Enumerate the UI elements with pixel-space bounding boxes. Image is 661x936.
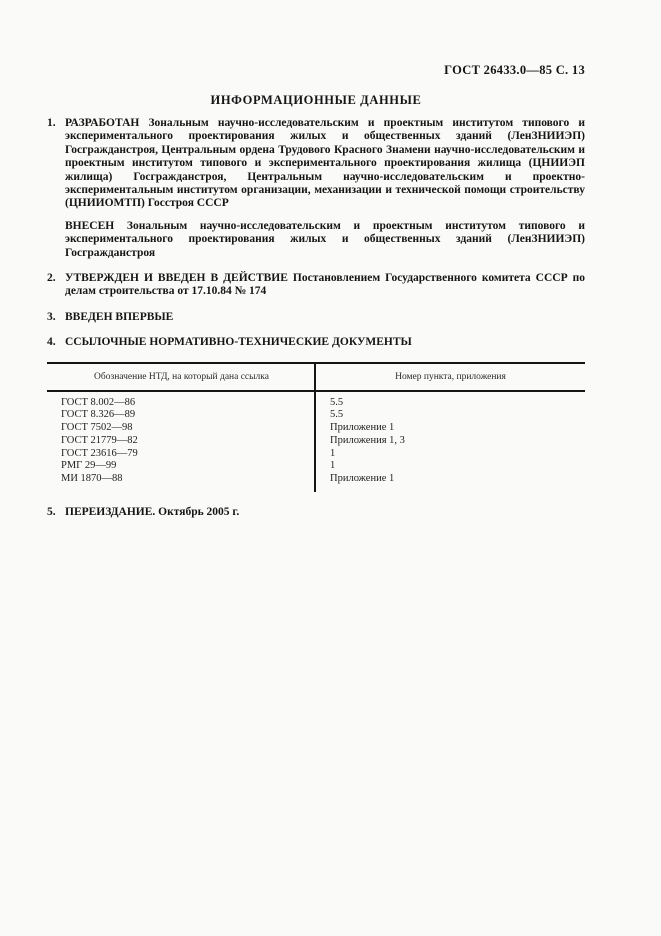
table-row-ntd: ГОСТ 23616—79 [61,448,316,461]
list-item-1: 1. РАЗРАБОТАН Зональным научно-исследова… [47,117,585,260]
list-item-1-number: 1. [47,117,65,260]
table-row-clause: 5.5 [330,409,585,422]
introduced-first-time-paragraph: ВВЕДЕН ВПЕРВЫЕ [65,311,585,324]
submitted-by-paragraph: ВНЕСЕН Зональным научно-исследовательски… [65,220,585,260]
table-row-ntd: ГОСТ 8.002—86 [61,397,316,410]
scanned-document-page: ГОСТ 26433.0—85 С. 13 ИНФОРМАЦИОННЫЕ ДАН… [0,0,661,936]
table-header-row: Обозначение НТД, на который дана ссылка … [47,364,585,392]
table-row-clause: Приложение 1 [330,422,585,435]
table-row-clause: 5.5 [330,397,585,410]
table-row-ntd: ГОСТ 21779—82 [61,435,316,448]
table-row-ntd: ГОСТ 7502—98 [61,422,316,435]
table-body: ГОСТ 8.002—86 ГОСТ 8.326—89 ГОСТ 7502—98… [47,392,585,492]
table-row-ntd: МИ 1870—88 [61,473,316,486]
table-column-clause: 5.5 5.5 Приложение 1 Приложения 1, 3 1 1… [316,397,585,486]
table-column-divider [314,364,316,492]
table-row-ntd: РМГ 29—99 [61,460,316,473]
table-column-ntd: ГОСТ 8.002—86 ГОСТ 8.326—89 ГОСТ 7502—98… [47,397,316,486]
list-item-2: 2. УТВЕРЖДЕН И ВВЕДЕН В ДЕЙСТВИЕ Постано… [47,272,585,299]
table-row-clause: 1 [330,460,585,473]
document-reference-header: ГОСТ 26433.0—85 С. 13 [47,63,585,78]
table-row-clause: Приложение 1 [330,473,585,486]
list-item-5-number: 5. [47,506,65,519]
table-row-ntd: ГОСТ 8.326—89 [61,409,316,422]
list-item-2-number: 2. [47,272,65,299]
list-item-3: 3. ВВЕДЕН ВПЕРВЫЕ [47,311,585,324]
list-item-5: 5. ПЕРЕИЗДАНИЕ. Октябрь 2005 г. [47,506,585,519]
developed-by-paragraph: РАЗРАБОТАН Зональным научно-исследовател… [65,117,585,211]
page-title: ИНФОРМАЦИОННЫЕ ДАННЫЕ [47,93,585,108]
reference-documents-heading: ССЫЛОЧНЫЕ НОРМАТИВНО-ТЕХНИЧЕСКИЕ ДОКУМЕН… [65,336,585,349]
table-row-clause: Приложения 1, 3 [330,435,585,448]
approved-paragraph: УТВЕРЖДЕН И ВВЕДЕН В ДЕЙСТВИЕ Постановле… [65,272,585,299]
reissue-paragraph: ПЕРЕИЗДАНИЕ. Октябрь 2005 г. [65,506,585,519]
list-item-3-number: 3. [47,311,65,324]
list-item-4: 4. ССЫЛОЧНЫЕ НОРМАТИВНО-ТЕХНИЧЕСКИЕ ДОКУ… [47,336,585,349]
table-header-ntd: Обозначение НТД, на который дана ссылка [47,364,316,390]
table-row-clause: 1 [330,448,585,461]
list-item-4-number: 4. [47,336,65,349]
table-header-clause: Номер пункта, приложения [316,364,585,390]
reference-documents-table: Обозначение НТД, на который дана ссылка … [47,362,585,492]
document-body: 1. РАЗРАБОТАН Зональным научно-исследова… [47,117,585,531]
